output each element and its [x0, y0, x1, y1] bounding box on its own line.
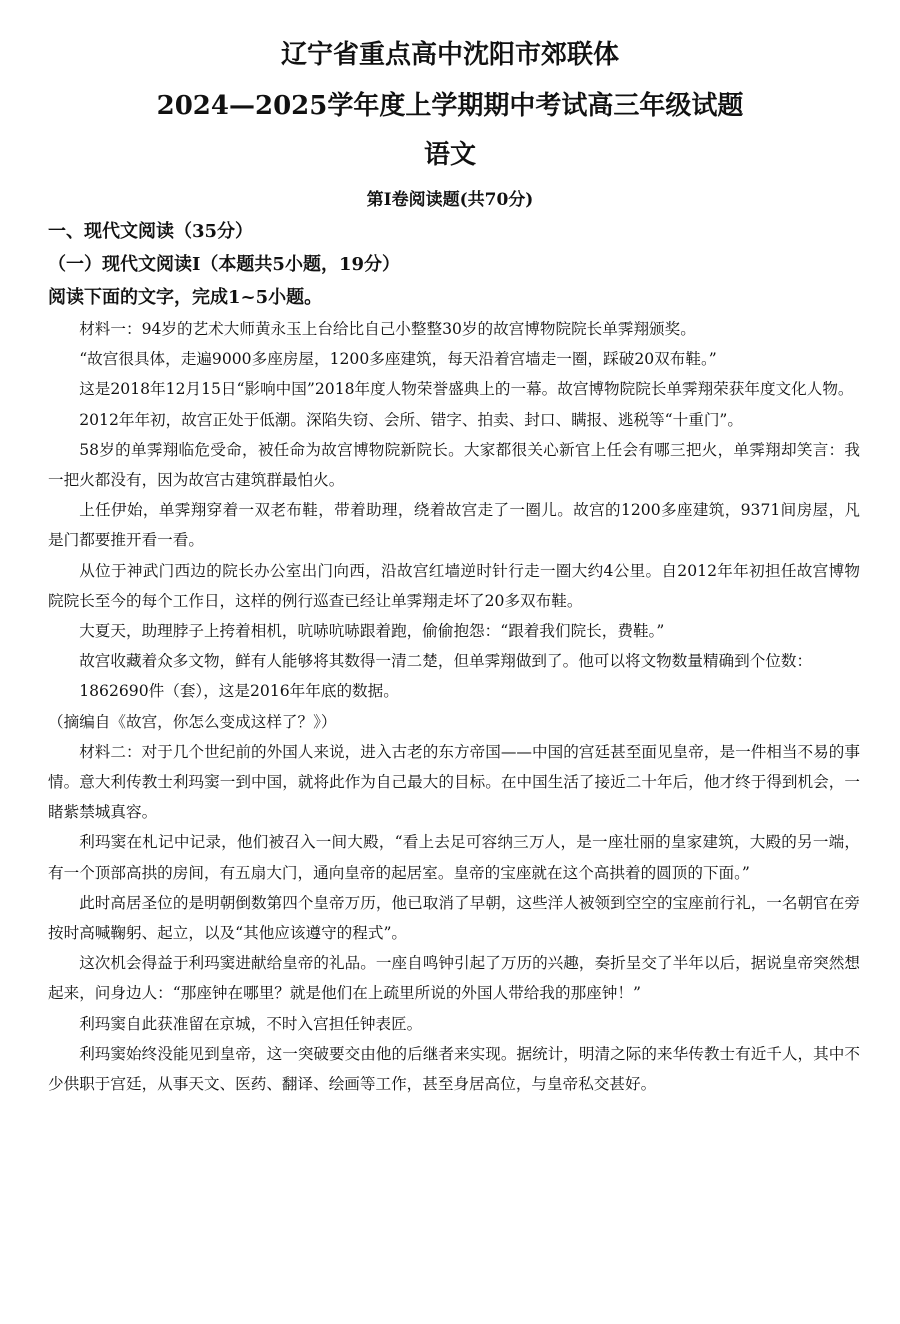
exam-title-line2: 2024—2025学年度上学期期中考试高三年级试题 [0, 91, 900, 121]
paragraph: 这是2018年12月15日“影响中国”2018年度人物荣誉盛典上的一幕。故宫博物… [48, 374, 860, 404]
exam-title-line1: 辽宁省重点高中沈阳市郊联体 [0, 40, 900, 70]
paragraph: 从位于神武门西边的院长办公室出门向西，沿故宫红墙逆时针行走一圈大约4公里。自20… [48, 556, 860, 616]
reading-instruction: 阅读下面的文字，完成1~5小题。 [48, 286, 322, 310]
paragraph: 这次机会得益于利玛窦进献给皇帝的礼品。一座自鸣钟引起了万历的兴趣，奏折呈交了半年… [48, 948, 860, 1008]
paragraph: 利玛窦在札记中记录，他们被召入一间大殿，“看上去足可容纳三万人，是一座壮丽的皇家… [48, 827, 860, 887]
source-citation: （摘编自《故宫，你怎么变成这样了？》） [48, 707, 860, 737]
paragraph: 故宫收藏着众多文物，鲜有人能够将其数得一清二楚，但单霁翔做到了。他可以将文物数量… [48, 646, 860, 676]
paragraph: 2012年年初，故宫正处于低潮。深陷失窃、会所、错字、拍卖、封口、瞒报、逃税等“… [48, 405, 860, 435]
subject-title: 语文 [0, 140, 900, 170]
section-heading: 一、现代文阅读（35分） [48, 220, 253, 244]
paragraph: 58岁的单霁翔临危受命，被任命为故宫博物院新院长。大家都很关心新官上任会有哪三把… [48, 435, 860, 495]
paragraph: 大夏天，助理脖子上挎着相机，吭哧吭哧跟着跑，偷偷抱怨：“跟着我们院长，费鞋。” [48, 616, 860, 646]
paragraph: 上任伊始，单霁翔穿着一双老布鞋，带着助理，绕着故宫走了一圈儿。故宫的1200多座… [48, 495, 860, 555]
paragraph: 利玛窦自此获准留在京城，不时入宫担任钟表匠。 [48, 1009, 860, 1039]
paragraph: 材料一：94岁的艺术大师黄永玉上台给比自己小整整30岁的故宫博物院院长单霁翔颁奖… [48, 314, 860, 344]
reading-passage: 材料一：94岁的艺术大师黄永玉上台给比自己小整整30岁的故宫博物院院长单霁翔颁奖… [48, 314, 860, 1099]
paragraph: 此时高居圣位的是明朝倒数第四个皇帝万历，他已取消了早朝，这些洋人被领到空空的宝座… [48, 888, 860, 948]
paragraph: “故宫很具体，走遍9000多座房屋，1200多座建筑，每天沿着宫墙走一圈，踩破2… [48, 344, 860, 374]
paragraph: 1862690件（套），这是2016年年底的数据。 [48, 676, 860, 706]
paragraph: 利玛窦始终没能见到皇帝，这一突破要交由他的后继者来实现。据统计，明清之际的来华传… [48, 1039, 860, 1099]
subsection-heading: （一）现代文阅读I（本题共5小题，19分） [48, 253, 400, 277]
paragraph: 材料二：对于几个世纪前的外国人来说，进入古老的东方帝国——中国的宫廷甚至面见皇帝… [48, 737, 860, 828]
exam-page: 辽宁省重点高中沈阳市郊联体 2024—2025学年度上学期期中考试高三年级试题 … [0, 0, 900, 1324]
part-title: 第I卷阅读题(共70分) [0, 188, 900, 212]
